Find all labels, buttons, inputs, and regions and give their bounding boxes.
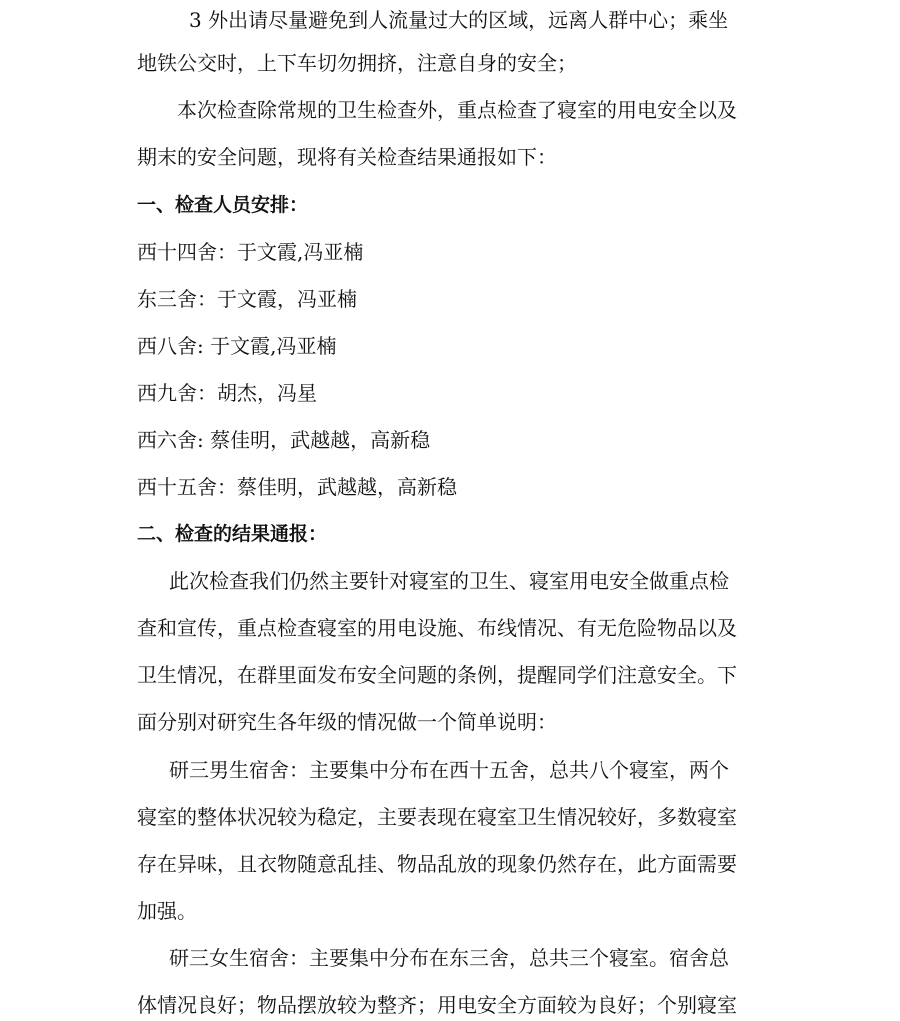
paragraph-line: 面分别对研究生各年级的情况做一个简单说明： [137, 707, 557, 737]
paragraph-line: 体情况良好；物品摆放较为整齐；用电安全方面较为良好；个别寝室 [137, 990, 737, 1020]
assignment-line: 西六舍: 蔡佳明，武越越，高新稳 [137, 425, 430, 455]
paragraph-line: 存在异味，且衣物随意乱挂、物品乱放的现象仍然存在，此方面需要 [137, 849, 737, 879]
assignment-line: 西八舍: 于文霞,冯亚楠 [137, 331, 336, 361]
paragraph-line: 卫生情况，在群里面发布安全问题的条例，提醒同学们注意安全。下 [137, 660, 737, 690]
section-heading-results: 二、检查的结果通报： [137, 519, 327, 549]
intro-line-1: 3 外出请尽量避免到人流量过大的区域，远离人群中心；乘坐 [189, 5, 728, 35]
paragraph-line: 研三男生宿舍：主要集中分布在西十五舍，总共八个寝室，两个 [169, 755, 729, 785]
intro-line-4: 期末的安全问题，现将有关检查结果通报如下： [137, 142, 557, 172]
assignment-line: 西十五舍：蔡佳明，武越越，高新稳 [137, 472, 457, 502]
paragraph-line: 加强。 [137, 896, 197, 926]
assignment-line: 西十四舍：于文霞,冯亚楠 [137, 237, 363, 267]
paragraph-line: 研三女生宿舍：主要集中分布在东三舍，总共三个寝室。宿舍总 [169, 943, 729, 973]
intro-line-2: 地铁公交时，上下车切勿拥挤，注意自身的安全； [137, 48, 577, 78]
paragraph-line: 寝室的整体状况较为稳定，主要表现在寝室卫生情况较好，多数寝室 [137, 802, 737, 832]
assignment-line: 西九舍：胡杰，冯星 [137, 378, 317, 408]
assignment-line: 东三舍：于文霞，冯亚楠 [137, 284, 357, 314]
paragraph-line: 此次检查我们仍然主要针对寝室的卫生、寝室用电安全做重点检 [169, 566, 729, 596]
intro-line-3: 本次检查除常规的卫生检查外，重点检查了寝室的用电安全以及 [177, 95, 737, 125]
section-heading-staff: 一、检查人员安排： [137, 190, 308, 220]
paragraph-line: 查和宣传，重点检查寝室的用电设施、布线情况、有无危险物品以及 [137, 613, 737, 643]
